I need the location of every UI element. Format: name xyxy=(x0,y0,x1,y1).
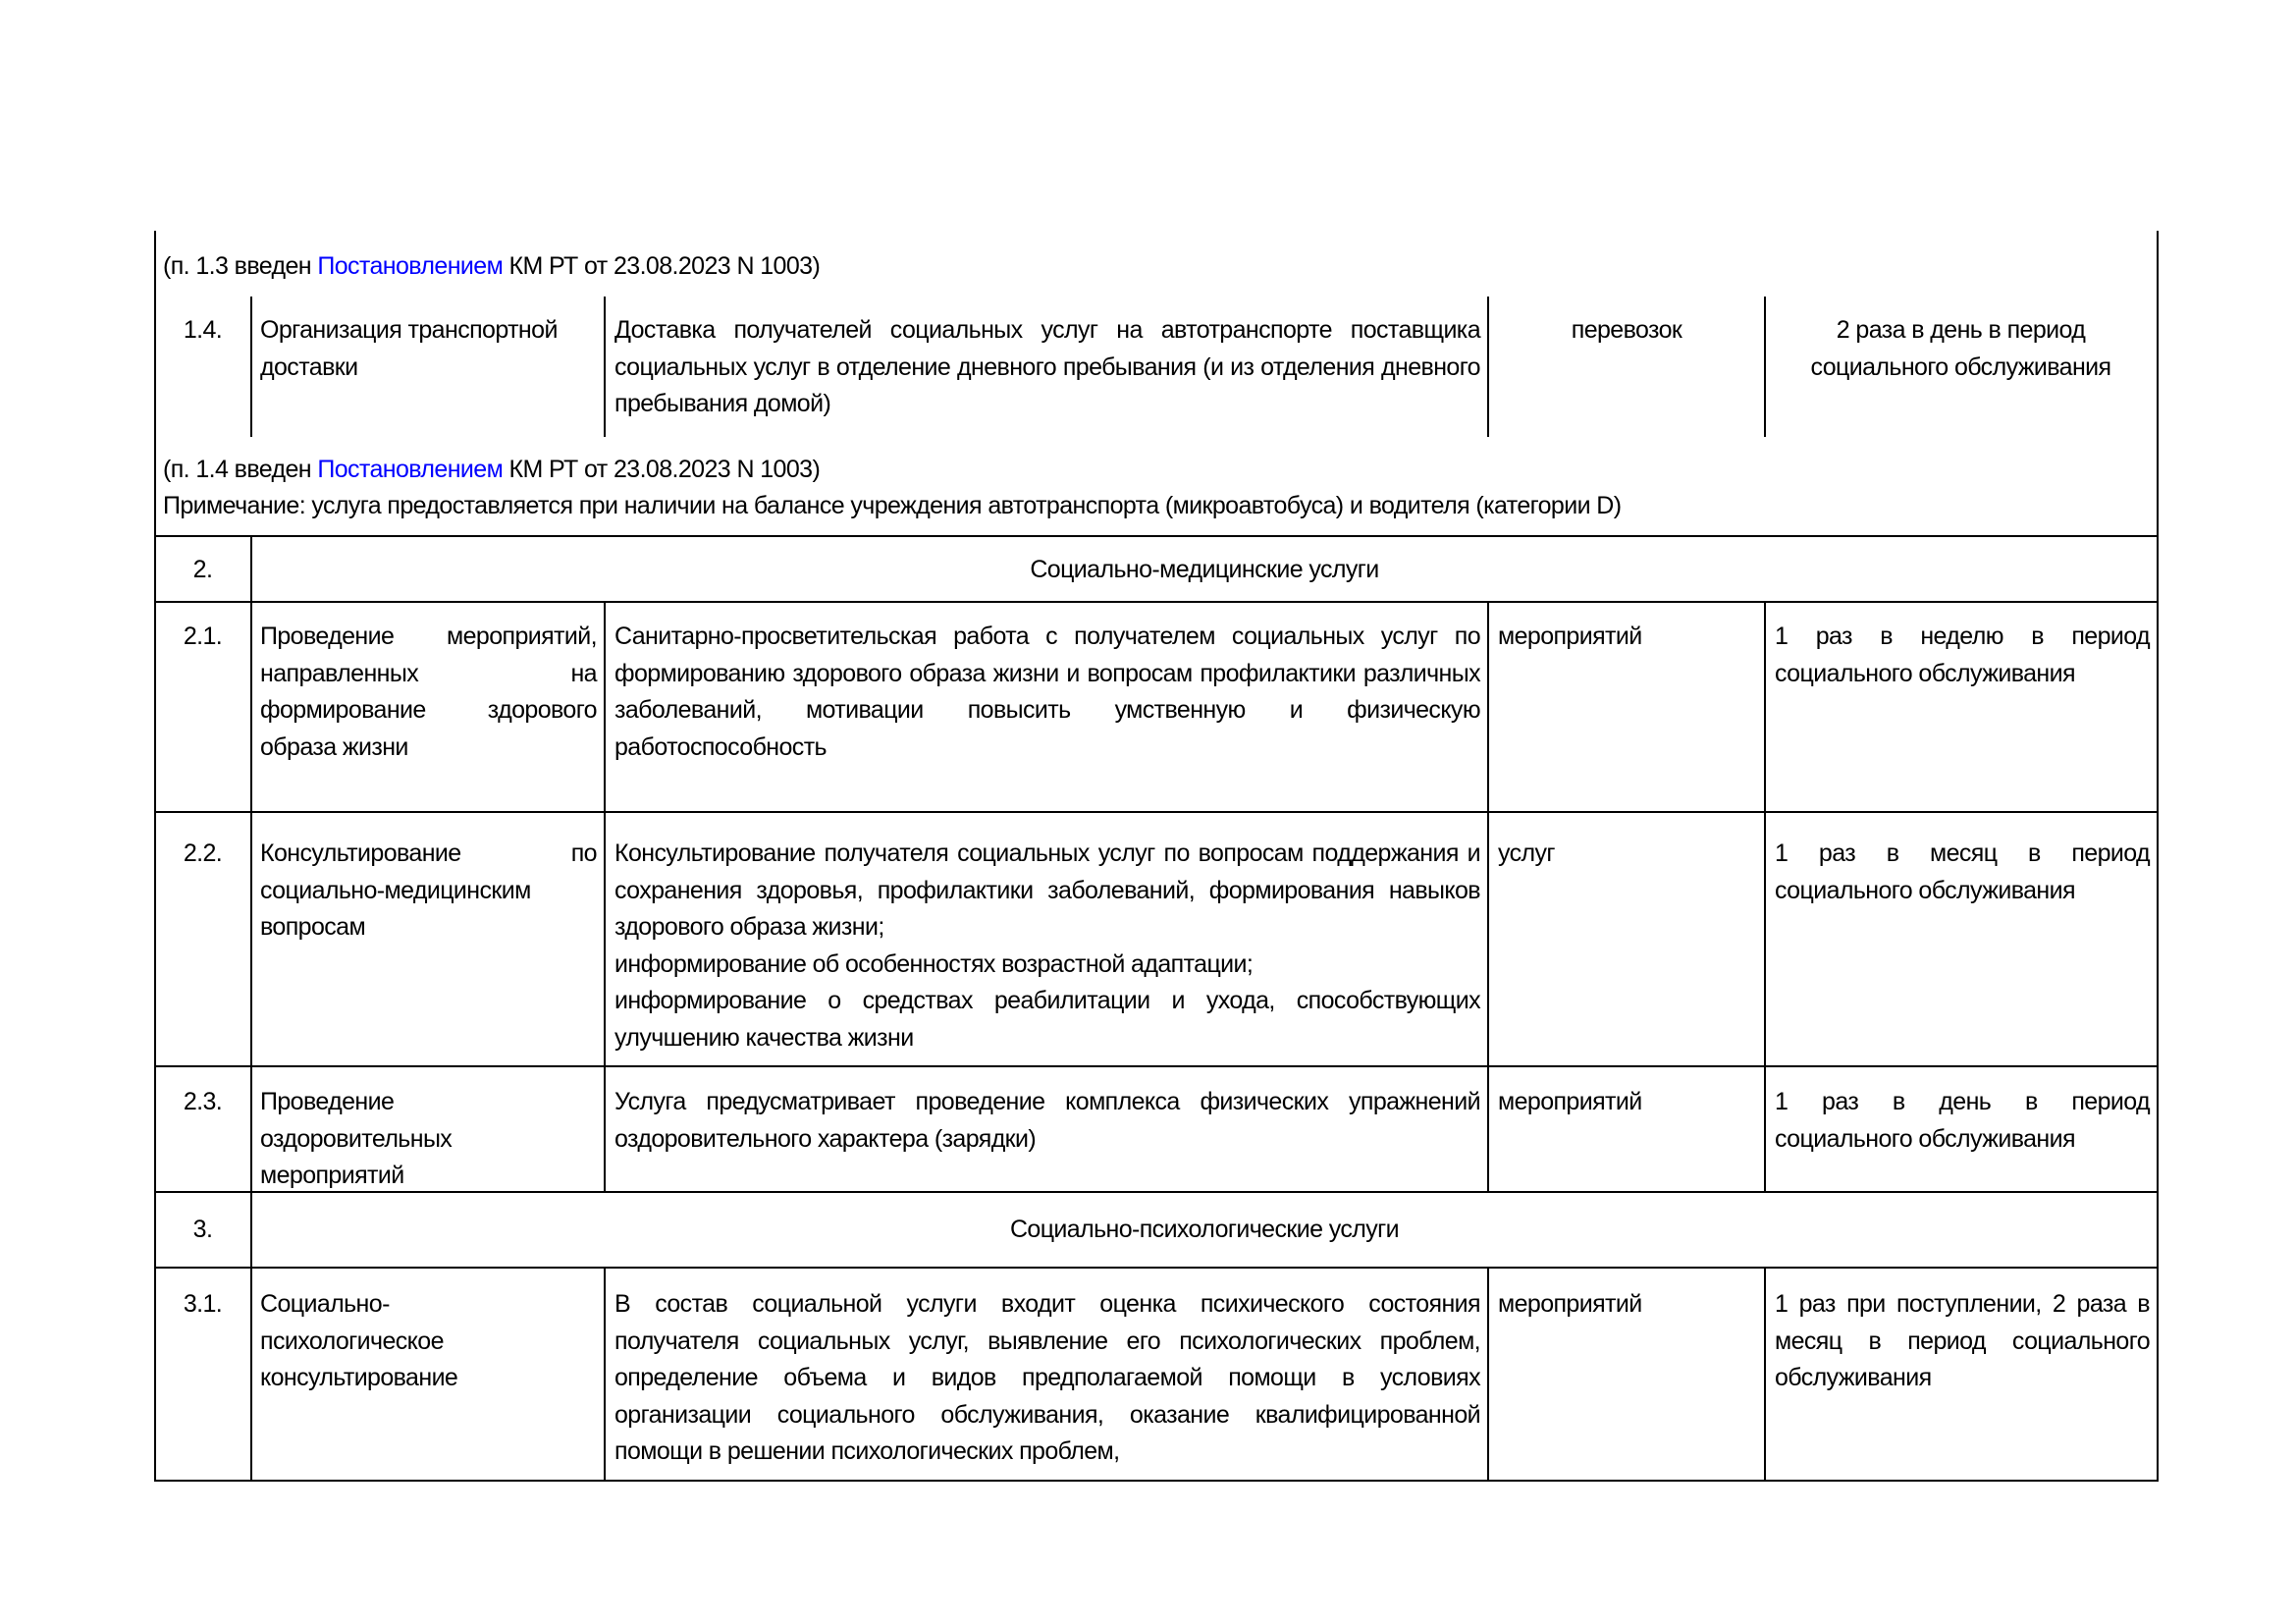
column-divider-4 xyxy=(1764,602,1766,1192)
row-line xyxy=(154,811,2159,813)
section-title: Социально-медицинские услуги xyxy=(252,552,2157,589)
column-divider-1 xyxy=(250,602,252,1192)
column-divider-3 xyxy=(1487,602,1489,1192)
row-1-4-divider-4 xyxy=(1764,297,1766,437)
amendment-note-1-4: (п. 1.4 введен Постановлением КМ РТ от 2… xyxy=(163,452,820,489)
service-name: Социально-психологическое консультирован… xyxy=(260,1286,515,1397)
row-line xyxy=(154,1267,2159,1269)
row-number: 2.2. xyxy=(155,836,250,873)
row-line xyxy=(154,535,2159,537)
service-name: Проведение оздоровительных мероприятий xyxy=(260,1084,555,1195)
column-divider-3 xyxy=(1487,1268,1489,1481)
service-frequency: 1 раз в день в период социального обслуж… xyxy=(1775,1084,2150,1158)
column-divider-4 xyxy=(1764,1268,1766,1481)
service-name: Проведение мероприятий, направленных на … xyxy=(260,619,597,766)
service-frequency: 2 раза в день в период социального обслу… xyxy=(1772,312,2150,386)
service-name: Консультирование по социально-медицински… xyxy=(260,836,597,947)
row-number: 1.4. xyxy=(155,312,250,350)
service-unit: мероприятий xyxy=(1498,1286,1758,1324)
service-unit: перевозок xyxy=(1489,312,1764,350)
row-number: 2.1. xyxy=(155,619,250,656)
row-line xyxy=(154,601,2159,603)
service-frequency: 1 раз в неделю в период социального обсл… xyxy=(1775,619,2150,692)
row-1-4-divider-2 xyxy=(604,297,606,437)
resolution-link-1-3[interactable]: Постановлением xyxy=(317,252,503,280)
service-name: Организация транспортной доставки xyxy=(260,312,594,386)
service-unit: услуг xyxy=(1498,836,1758,873)
service-description: Санитарно-просветительская работа с полу… xyxy=(614,619,1480,766)
section-number: 2. xyxy=(155,552,250,589)
row-line xyxy=(154,1065,2159,1067)
service-description: Доставка получателей социальных услуг на… xyxy=(614,312,1480,423)
document-page: (п. 1.3 введен Постановлением КМ РТ от 2… xyxy=(0,0,2296,1624)
table-right-border xyxy=(2157,231,2159,1482)
service-frequency: 1 раз в месяц в период социального обслу… xyxy=(1775,836,2150,909)
service-frequency: 1 раз при поступлении, 2 раза в месяц в … xyxy=(1775,1286,2150,1397)
service-unit: мероприятий xyxy=(1498,619,1758,656)
column-divider-1 xyxy=(250,1268,252,1481)
amendment-note-1-3: (п. 1.3 введен Постановлением КМ РТ от 2… xyxy=(163,248,820,286)
section-number: 3. xyxy=(155,1212,250,1249)
service-description: Консультирование получателя социальных у… xyxy=(614,836,1480,1056)
row-1-4-divider-1 xyxy=(250,297,252,437)
service-remark: Примечание: услуга предоставляется при н… xyxy=(163,488,1621,525)
column-divider-2 xyxy=(604,1268,606,1481)
table-bottom-line xyxy=(154,1480,2159,1482)
row-number: 2.3. xyxy=(155,1084,250,1121)
row-number: 3.1. xyxy=(155,1286,250,1324)
column-divider-2 xyxy=(604,602,606,1192)
service-description: Услуга предусматривает проведение компле… xyxy=(614,1084,1480,1158)
section-title: Социально-психологические услуги xyxy=(252,1212,2157,1249)
service-description: В состав социальной услуги входит оценка… xyxy=(614,1286,1480,1471)
service-unit: мероприятий xyxy=(1498,1084,1758,1121)
resolution-link-1-4[interactable]: Постановлением xyxy=(317,456,503,483)
